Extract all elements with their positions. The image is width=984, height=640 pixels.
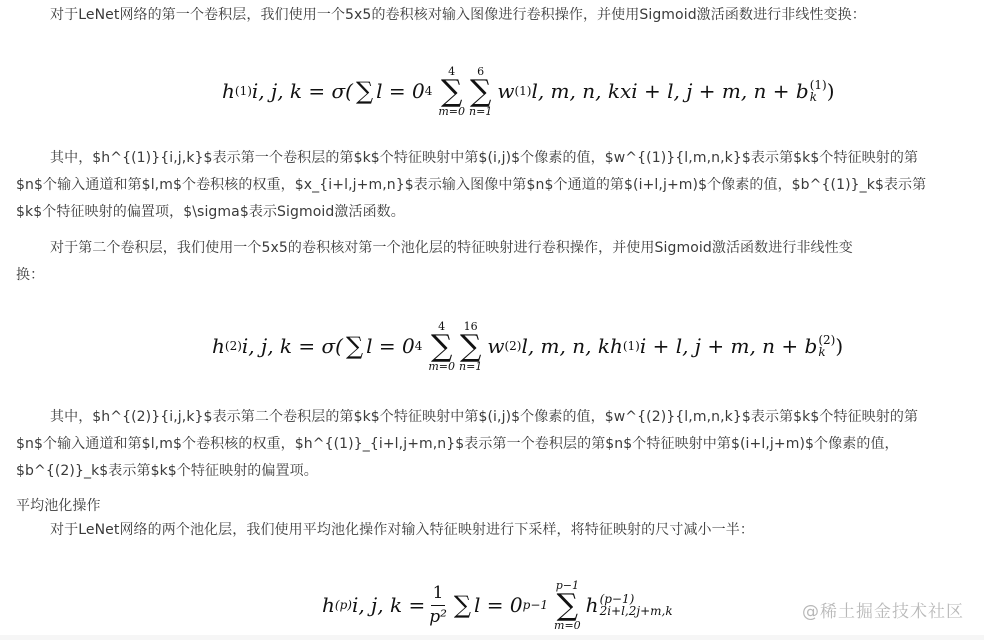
formula-term: w	[497, 79, 514, 103]
formula-term: i, j, k = σ(	[252, 79, 353, 103]
formula-term: w	[487, 334, 504, 358]
paragraph-conv2-explain: 其中，$h^{(2)}{i,j,k}$表示第二个卷积层的第$k$个特征映射中第$…	[16, 404, 918, 485]
sum-m: 4 ∑ m=0	[438, 66, 465, 117]
formula-sub: k	[818, 346, 835, 358]
formula-sup: (1)	[514, 84, 531, 98]
paragraph-conv1-intro: 对于LeNet网络的第一个卷积层，我们使用一个5x5的卷积核对输入图像进行卷积操…	[16, 2, 866, 29]
formula-term: l = 0	[474, 593, 523, 617]
paragraph-line: $n$个输入通道和第$l,m$个卷积核的权重，$h^{(1)}_{i+l,j+m…	[16, 431, 918, 458]
sum-symbol: ∑	[431, 333, 452, 361]
paragraph-pooling-intro: 对于LeNet网络的两个池化层，我们使用平均池化操作对输入特征映射进行下采样，将…	[16, 517, 754, 544]
formula-sup: (p)	[335, 598, 352, 612]
formula-sup: 4	[415, 339, 423, 353]
formula-sup: (1)	[623, 339, 640, 353]
article-page: 对于LeNet网络的第一个卷积层，我们使用一个5x5的卷积核对输入图像进行卷积操…	[0, 0, 984, 640]
formula-sub: k	[810, 91, 827, 103]
sum-symbol: ∑	[470, 78, 491, 106]
formula-term: h	[222, 79, 235, 103]
bottom-divider	[0, 635, 984, 640]
formula-term: )	[835, 334, 843, 358]
heading-text: 平均池化操作	[16, 498, 101, 514]
formula-subsup: (p−1) 2i+l,2j+m,k	[600, 593, 673, 617]
watermark: @稀土掘金技术社区	[802, 597, 964, 622]
formula-sup: 4	[425, 84, 433, 98]
sum-symbol: ∑	[454, 591, 471, 619]
formula-sup: (2)	[504, 339, 521, 353]
fraction-numerator: 1	[431, 585, 446, 606]
fraction-denominator: p²	[429, 606, 447, 626]
sum-symbol: ∑	[346, 332, 363, 360]
paragraph-text: 对于LeNet网络的第一个卷积层，我们使用一个5x5的卷积核对输入图像进行卷积操…	[50, 7, 866, 23]
paragraph-conv2-intro: 对于第二个卷积层，我们使用一个5x5的卷积核对第一个池化层的特征映射进行卷积操作…	[16, 235, 853, 289]
formula-term: h	[322, 593, 335, 617]
section-heading-avg-pooling: 平均池化操作	[16, 493, 101, 520]
fraction: 1 p²	[429, 585, 447, 626]
formula-term: l, m, n, kh	[521, 334, 622, 358]
sum-n: 6 ∑ n=1	[469, 66, 492, 117]
sum-lower-limit: n=1	[459, 361, 482, 372]
sum-n: 16 ∑ n=1	[459, 321, 482, 372]
formula-sup: (2)	[225, 339, 242, 353]
formula-conv1: h(1) i, j, k = σ( ∑ l = 04 4 ∑ m=0 6 ∑ n…	[222, 58, 835, 124]
sum-lower-limit: m=0	[438, 106, 465, 117]
formula-sub: 2i+l,2j+m,k	[600, 605, 673, 617]
paragraph-line: $b^{(2)}_k$表示第$k$个特征映射的偏置项。	[16, 458, 918, 485]
paragraph-line: 其中，$h^{(1)}{i,j,k}$表示第一个卷积层的第$k$个特征映射中第$…	[16, 145, 926, 172]
formula-subsup: (2) k	[818, 334, 835, 358]
formula-avg-pooling: h(p) i, j, k = 1 p² ∑ l = 0p−1 p−1 ∑ m=0…	[322, 573, 673, 637]
formula-subsup: (1) k	[810, 79, 827, 103]
sum-lower-limit: n=1	[469, 106, 492, 117]
paragraph-text: 对于LeNet网络的两个池化层，我们使用平均池化操作对输入特征映射进行下采样，将…	[50, 522, 754, 538]
sum-symbol: ∑	[441, 78, 462, 106]
formula-term: h	[586, 593, 599, 617]
formula-conv2: h(2) i, j, k = σ( ∑ l = 04 4 ∑ m=0 16 ∑ …	[212, 313, 843, 379]
formula-term: l = 0	[366, 334, 415, 358]
sum-symbol: ∑	[356, 77, 373, 105]
paragraph-line: 换：	[16, 262, 853, 289]
paragraph-line: 对于第二个卷积层，我们使用一个5x5的卷积核对第一个池化层的特征映射进行卷积操作…	[16, 235, 853, 262]
paragraph-line: $n$个输入通道和第$l,m$个卷积核的权重，$x_{i+l,j+m,n}$表示…	[16, 172, 926, 199]
sum-lower-limit: m=0	[428, 361, 455, 372]
formula-term: )	[827, 79, 835, 103]
formula-sup: (1)	[235, 84, 252, 98]
formula-sup: p−1	[523, 598, 548, 612]
formula-term: i + l, j + m, n + b	[640, 334, 818, 358]
formula-term: i, j, k = σ(	[242, 334, 343, 358]
paragraph-conv1-explain: 其中，$h^{(1)}{i,j,k}$表示第一个卷积层的第$k$个特征映射中第$…	[16, 145, 926, 226]
formula-term: h	[212, 334, 225, 358]
sum-m: 4 ∑ m=0	[428, 321, 455, 372]
paragraph-line: $k$个特征映射的偏置项，$\sigma$表示Sigmoid激活函数。	[16, 199, 926, 226]
formula-term: l, m, n, kxi + l, j + m, n + b	[531, 79, 808, 103]
formula-term: i, j, k =	[352, 593, 425, 617]
sum-lower-limit: m=0	[554, 620, 581, 631]
sum-symbol: ∑	[460, 333, 481, 361]
sum-symbol: ∑	[557, 592, 578, 620]
sum-m: p−1 ∑ m=0	[554, 580, 581, 631]
formula-term: l = 0	[376, 79, 425, 103]
paragraph-line: 其中，$h^{(2)}{i,j,k}$表示第二个卷积层的第$k$个特征映射中第$…	[16, 404, 918, 431]
